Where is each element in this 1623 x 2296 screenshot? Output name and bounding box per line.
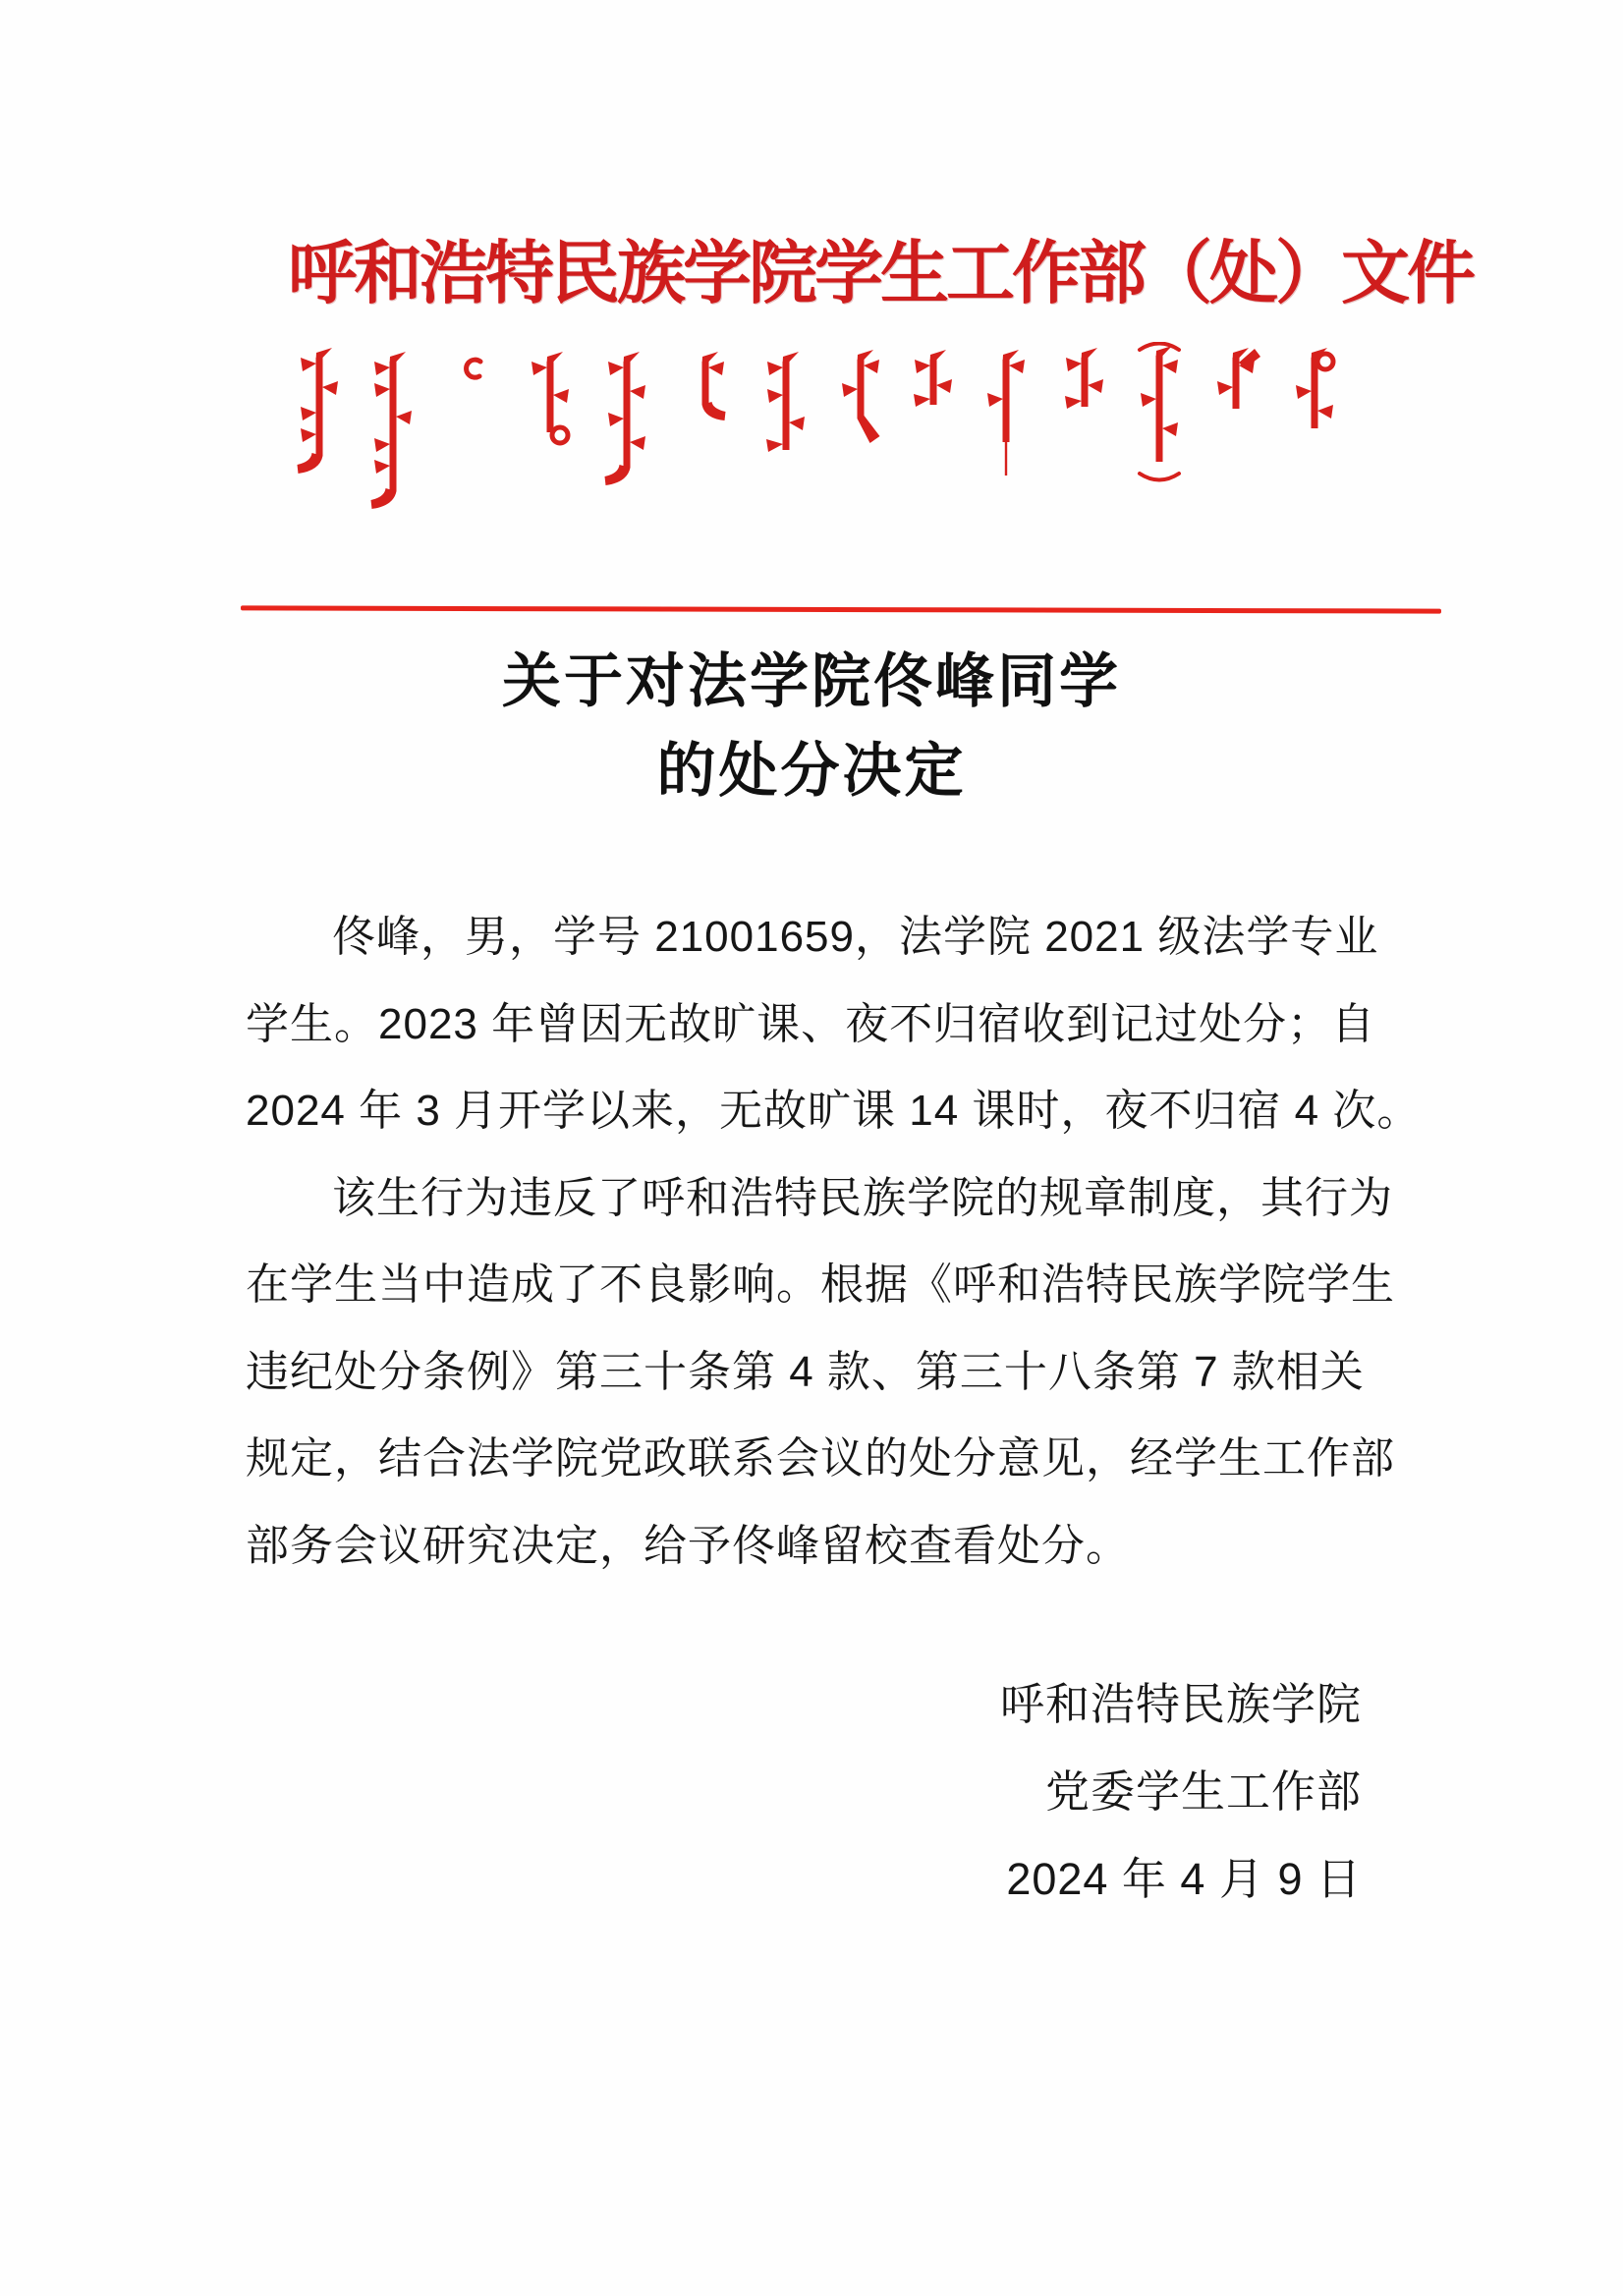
body-text: 佟峰，男，学号 21001659，法学院 2021 级法学专业学生。2023 年…	[246, 894, 1366, 1590]
body-line: 违纪处分条例》第三十条第 4 款、第三十八条第 7 款相关	[246, 1329, 1366, 1417]
signature-block: 呼和浩特民族学院 党委学生工作部 2024 年 4 月 9 日	[246, 1660, 1362, 1923]
signature-date: 2024 年 4 月 9 日	[246, 1835, 1362, 1923]
body-line: 部务会议研究决定，给予佟峰留校查看处分。	[246, 1503, 1366, 1591]
body-line: 2024 年 3 月开学以来，无故旷课 14 课时，夜不归宿 4 次。	[246, 1068, 1366, 1155]
document-title-line2: 的处分决定	[0, 726, 1623, 815]
body-line: 佟峰，男，学号 21001659，法学院 2021 级法学专业	[246, 894, 1366, 981]
red-divider-line	[241, 605, 1441, 613]
mongolian-script	[295, 342, 1375, 524]
document-page: { "page": { "background": "#fefefe" }, "…	[0, 0, 1623, 2296]
letterhead-org-title: 呼和浩特民族学院学生工作部（处）文件	[288, 236, 1473, 314]
document-title: 关于对法学院佟峰同学 的处分决定	[0, 637, 1623, 815]
signature-org: 呼和浩特民族学院	[246, 1660, 1362, 1748]
signature-dept: 党委学生工作部	[246, 1748, 1362, 1835]
body-line: 学生。2023 年曾因无故旷课、夜不归宿收到记过处分；自	[246, 981, 1366, 1069]
document-title-line1: 关于对法学院佟峰同学	[0, 637, 1623, 726]
body-line: 该生行为违反了呼和浩特民族学院的规章制度，其行为	[246, 1155, 1366, 1243]
mongolian-script-icon	[295, 342, 1375, 524]
body-line: 规定，结合法学院党政联系会议的处分意见，经学生工作部	[246, 1416, 1366, 1503]
body-line: 在学生当中造成了不良影响。根据《呼和浩特民族学院学生	[246, 1242, 1366, 1329]
